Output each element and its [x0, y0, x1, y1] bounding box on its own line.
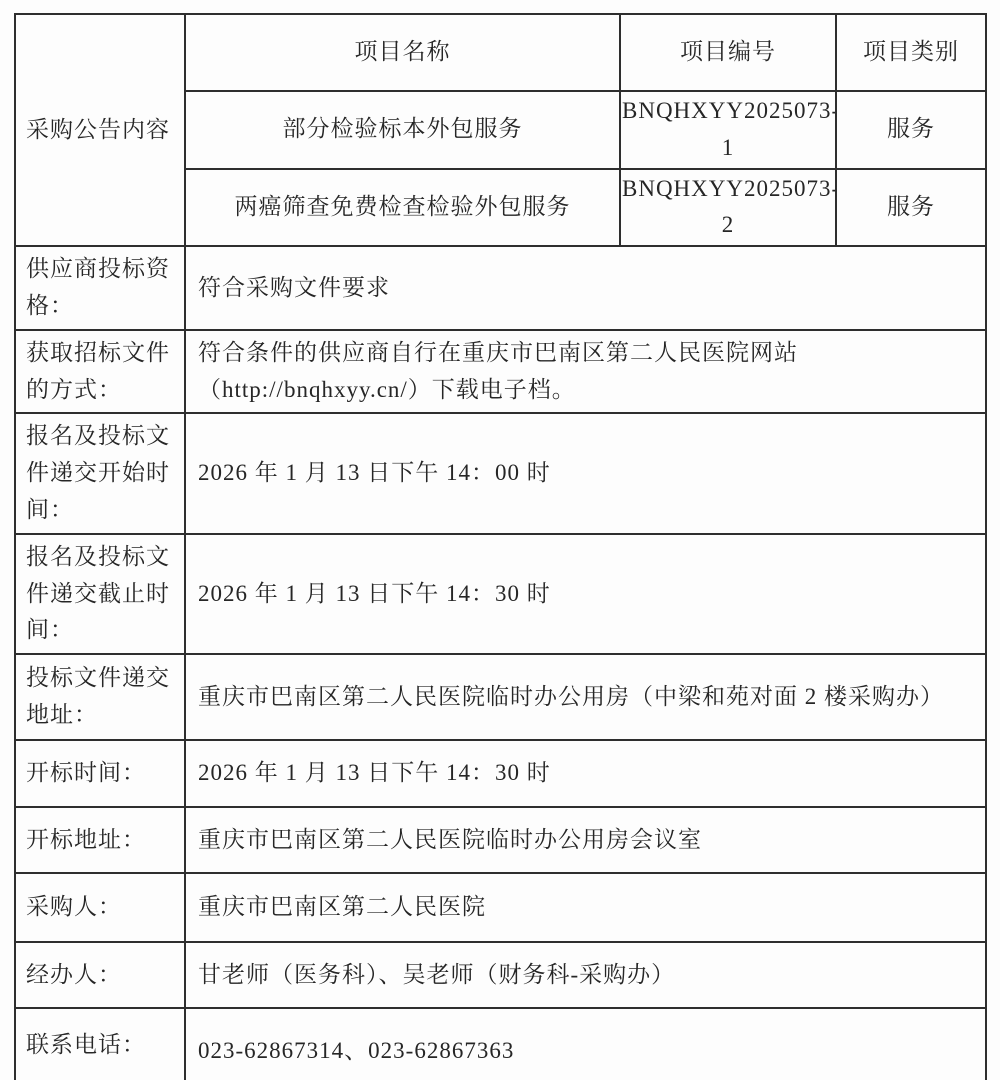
info-row: 供应商投标资格： 符合采购文件要求: [15, 246, 986, 330]
info-row: 获取招标文件的方式： 符合条件的供应商自行在重庆市巴南区第二人民医院网站（htt…: [15, 330, 986, 414]
project-category-cell: 服务: [836, 91, 986, 169]
info-label-cell: 报名及投标文件递交截止时间：: [15, 534, 185, 654]
info-value-cell: 符合条件的供应商自行在重庆市巴南区第二人民医院网站（http://bnqhxyy…: [185, 330, 986, 414]
info-label-cell: 投标文件递交地址：: [15, 654, 185, 740]
info-label-cell: 开标地址：: [15, 807, 185, 873]
announcement-header-row: 采购公告内容 项目名称 项目编号 项目类别: [15, 14, 986, 91]
info-row: 投标文件递交地址： 重庆市巴南区第二人民医院临时办公用房（中梁和苑对面 2 楼采…: [15, 654, 986, 740]
info-label-cell: 经办人：: [15, 942, 185, 1008]
info-row: 开标地址： 重庆市巴南区第二人民医院临时办公用房会议室: [15, 807, 986, 873]
info-row: 联系电话： 023-62867314、023-62867363: [15, 1008, 986, 1080]
info-row: 采购人： 重庆市巴南区第二人民医院: [15, 873, 986, 942]
info-label-cell: 供应商投标资格：: [15, 246, 185, 330]
info-label-cell: 开标时间：: [15, 740, 185, 807]
project-category-cell: 服务: [836, 169, 986, 247]
info-value-cell: 重庆市巴南区第二人民医院: [185, 873, 986, 942]
info-row: 报名及投标文件递交截止时间： 2026 年 1 月 13 日下午 14：30 时: [15, 534, 986, 654]
col-header-project-code: 项目编号: [620, 14, 836, 91]
project-code-cell: BNQHXYY2025073-2: [620, 169, 836, 247]
info-value-cell: 甘老师（医务科）、吴老师（财务科-采购办）: [185, 942, 986, 1008]
info-value-cell: 2026 年 1 月 13 日下午 14：30 时: [185, 740, 986, 807]
info-value-cell: 重庆市巴南区第二人民医院临时办公用房（中梁和苑对面 2 楼采购办）: [185, 654, 986, 740]
info-value-cell: 2026 年 1 月 13 日下午 14：30 时: [185, 534, 986, 654]
info-row: 开标时间： 2026 年 1 月 13 日下午 14：30 时: [15, 740, 986, 807]
col-header-project-name: 项目名称: [185, 14, 620, 91]
info-label-cell: 报名及投标文件递交开始时间：: [15, 413, 185, 533]
info-value-cell: 符合采购文件要求: [185, 246, 986, 330]
project-name-cell: 两癌筛查免费检查检验外包服务: [185, 169, 620, 247]
info-value-cell: 023-62867314、023-62867363: [185, 1008, 986, 1080]
info-label-cell: 获取招标文件的方式：: [15, 330, 185, 414]
project-code-cell: BNQHXYY2025073-1: [620, 91, 836, 169]
procurement-announcement-table: 采购公告内容 项目名称 项目编号 项目类别 部分检验标本外包服务 BNQHXYY…: [14, 13, 987, 1080]
section-label-cell: 采购公告内容: [15, 14, 185, 246]
info-row: 经办人： 甘老师（医务科）、吴老师（财务科-采购办）: [15, 942, 986, 1008]
info-row: 报名及投标文件递交开始时间： 2026 年 1 月 13 日下午 14：00 时: [15, 413, 986, 533]
project-name-cell: 部分检验标本外包服务: [185, 91, 620, 169]
col-header-project-category: 项目类别: [836, 14, 986, 91]
info-value-cell: 2026 年 1 月 13 日下午 14：00 时: [185, 413, 986, 533]
info-label-cell: 采购人：: [15, 873, 185, 942]
info-value-cell: 重庆市巴南区第二人民医院临时办公用房会议室: [185, 807, 986, 873]
info-label-cell: 联系电话：: [15, 1008, 185, 1080]
